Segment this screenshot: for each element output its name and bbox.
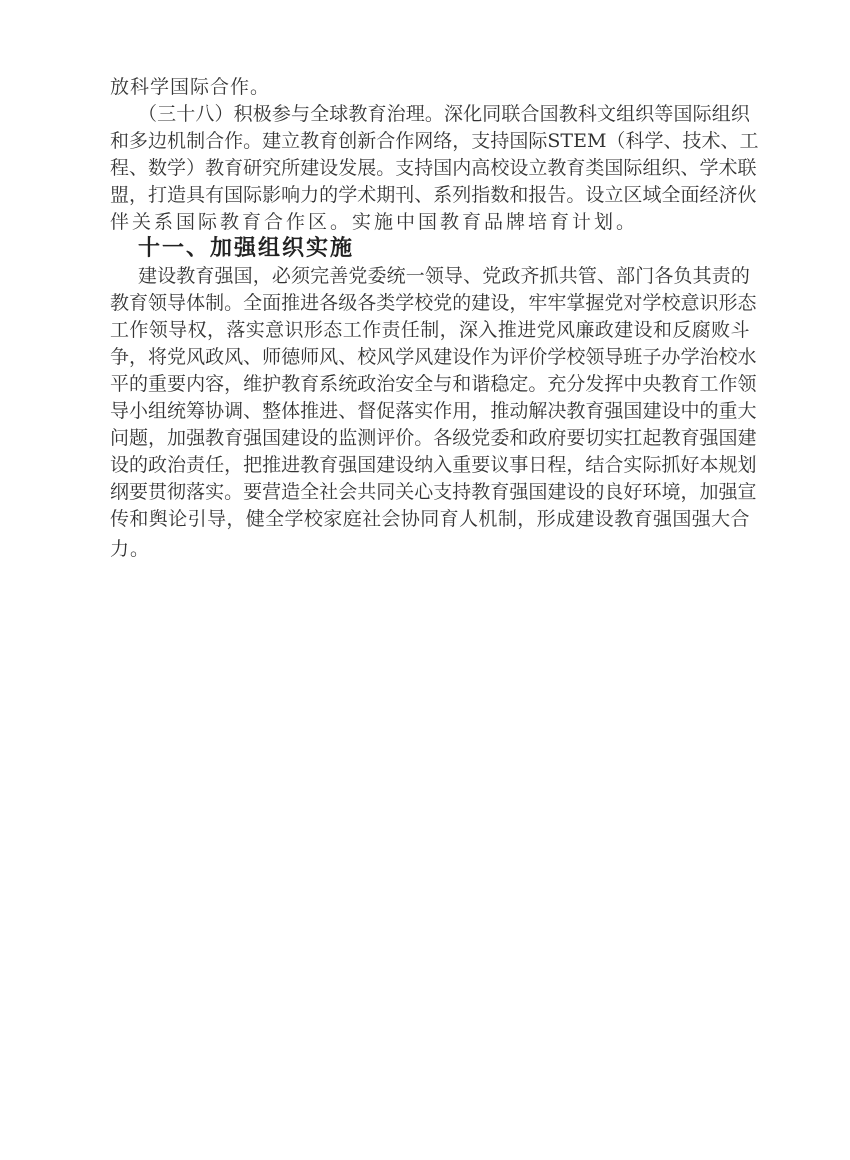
text-line: 伴关系国际教育合作区。实施中国教育品牌培育计划。 [110,209,750,236]
text-line: 力。 [110,536,750,563]
text-line: 设的政治责任，把推进教育强国建设纳入重要议事日程，结合实际抓好本规划 [110,452,750,479]
text-line: 教育领导体制。全面推进各级各类学校党的建设，牢牢掌握党对学校意识形态 [110,290,750,317]
text-line: 放科学国际合作。 [110,74,750,101]
section-heading: 十一、加强组织实施 [138,234,354,264]
text-line: 争，将党风政风、师德师风、校风学风建设作为评价学校领导班子办学治校水 [110,344,750,371]
text-line: 和多边机制合作。建立教育创新合作网络，支持国际STEM（科学、技术、工 [110,128,750,155]
text-line: 程、数学）教育研究所建设发展。支持国内高校设立教育类国际组织、学术联 [110,155,750,182]
text-line: 问题，加强教育强国建设的监测评价。各级党委和政府要切实扛起教育强国建 [110,425,750,452]
text-line: 导小组统筹协调、整体推进、督促落实作用，推动解决教育强国建设中的重大 [110,398,750,425]
text-line: 传和舆论引导，健全学校家庭社会协同育人机制，形成建设教育强国强大合 [110,506,750,533]
text-line: 盟，打造具有国际影响力的学术期刊、系列指数和报告。设立区域全面经济伙 [110,182,750,209]
text-line: 平的重要内容，维护教育系统政治安全与和谐稳定。充分发挥中央教育工作领 [110,371,750,398]
document-page: 放科学国际合作。 （三十八）积极参与全球教育治理。深化同联合国教科文组织等国际组… [0,0,850,1160]
text-line: 工作领导权，落实意识形态工作责任制，深入推进党风廉政建设和反腐败斗 [110,317,750,344]
text-line: （三十八）积极参与全球教育治理。深化同联合国教科文组织等国际组织 [138,101,750,128]
text-line: 建设教育强国，必须完善党委统一领导、党政齐抓共管、部门各负其责的 [138,263,750,290]
text-line: 纲要贯彻落实。要营造全社会共同关心支持教育强国建设的良好环境，加强宣 [110,479,750,506]
